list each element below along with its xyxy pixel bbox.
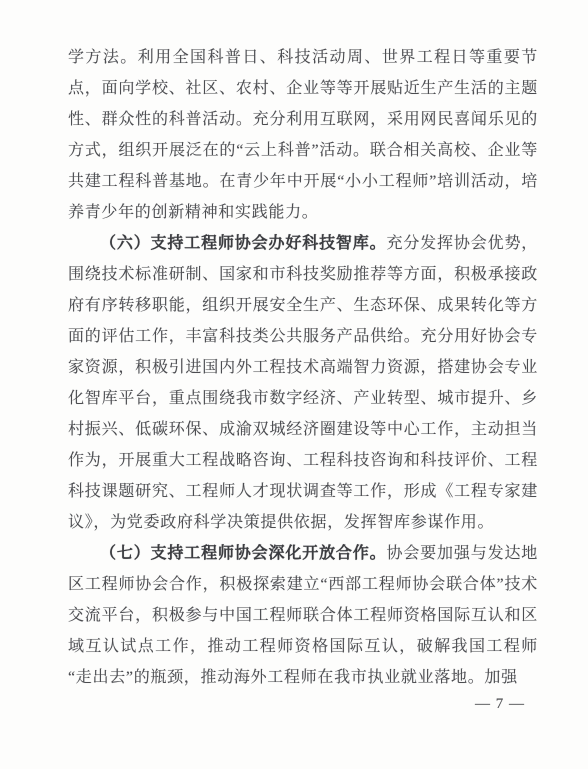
paragraph: （六）支持工程师协会办好科技智库。充分发挥协会优势，围绕技术标准研制、国家和市科… (68, 228, 538, 538)
paragraph-text: 协会要加强与发达地区工程师协会合作，积极探索建立“西部工程师协会联合体”技术交流… (68, 545, 538, 686)
section-heading-7: （七）支持工程师协会深化开放合作。 (100, 545, 386, 562)
paragraph-text: 学方法。利用全国科普日、科技活动周、世界工程日等重要节点，面向学校、社区、农村、… (68, 49, 538, 221)
document-page: 学方法。利用全国科普日、科技活动周、世界工程日等重要节点，面向学校、社区、农村、… (0, 0, 588, 769)
paragraph-text: 充分发挥协会优势，围绕技术标准研制、国家和市科技奖励推荐等方面，积极承接政府有序… (68, 235, 538, 531)
page-number: — 7 — (475, 695, 525, 713)
document-body-text: 学方法。利用全国科普日、科技活动周、世界工程日等重要节点，面向学校、社区、农村、… (68, 42, 538, 693)
section-heading-6: （六）支持工程师协会办好科技智库。 (100, 235, 386, 252)
paragraph: （七）支持工程师协会深化开放合作。协会要加强与发达地区工程师协会合作，积极探索建… (68, 538, 538, 693)
paragraph: 学方法。利用全国科普日、科技活动周、世界工程日等重要节点，面向学校、社区、农村、… (68, 42, 538, 228)
